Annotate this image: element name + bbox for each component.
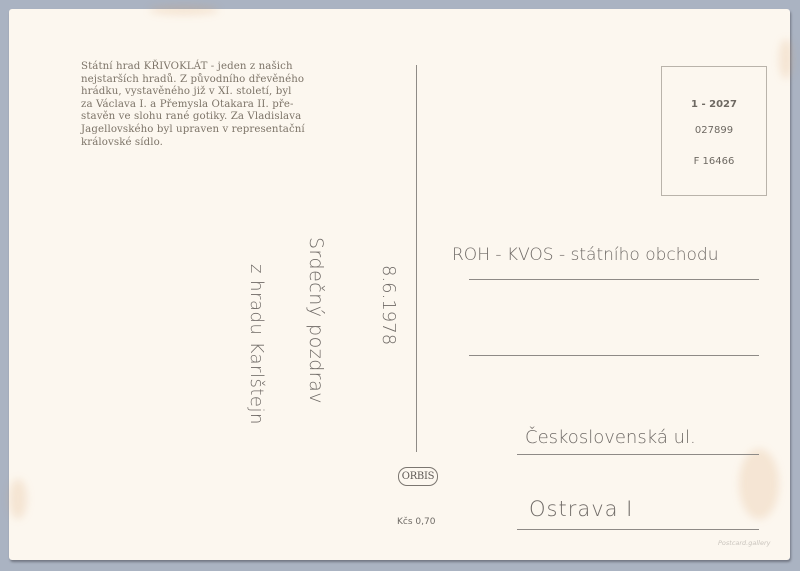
paper-stain — [149, 5, 219, 15]
address-line-3: Československá ul. — [525, 427, 696, 448]
paper-stain — [739, 449, 779, 519]
stamp-code-2: 027899 — [662, 125, 766, 136]
address-line-4: Ostrava I — [529, 497, 633, 521]
stamp-code-3: F 16466 — [662, 156, 766, 167]
description-line: Státní hrad KŘIVOKLÁT - jeden z našich — [81, 61, 381, 74]
watermark: Postcard.gallery — [718, 539, 771, 547]
address-rule-1 — [469, 279, 759, 280]
price-label: Kčs 0,70 — [397, 517, 435, 527]
stamp-code-1: 1 - 2027 — [662, 99, 766, 110]
handwritten-greeting-line2: z hradu Karlštejn — [246, 264, 267, 425]
handwritten-date: 8.6.1978 — [378, 265, 399, 345]
description-line: za Václava I. a Přemysla Otakara II. pře… — [81, 99, 381, 112]
handwritten-greeting-line1: Srdečný pozdrav — [305, 237, 327, 404]
address-line-1: ROH - KVOS - státního obchodu — [452, 245, 718, 265]
orbis-logo: ORBIS — [398, 467, 438, 486]
address-rule-4 — [517, 529, 759, 530]
description-line: nejstarších hradů. Z původního dřevěného — [81, 74, 381, 87]
paper-stain — [779, 39, 793, 79]
address-rule-3 — [517, 454, 759, 455]
address-rule-2 — [469, 355, 759, 356]
description-line: Jagellovského byl upraven v representačn… — [81, 124, 381, 137]
center-divider — [416, 65, 417, 452]
paper-stain — [9, 479, 27, 519]
postcard-back: Státní hrad KŘIVOKLÁT - jeden z našich n… — [9, 9, 790, 560]
description-line: stavěn ve slohu rané gotiky. Za Vladisla… — [81, 111, 381, 124]
castle-description: Státní hrad KŘIVOKLÁT - jeden z našich n… — [81, 61, 381, 149]
stamp-box: 1 - 2027 027899 F 16466 — [661, 66, 767, 196]
description-line: hrádku, vystavěného již v XI. století, b… — [81, 86, 381, 99]
description-line: královské sídlo. — [81, 137, 381, 150]
